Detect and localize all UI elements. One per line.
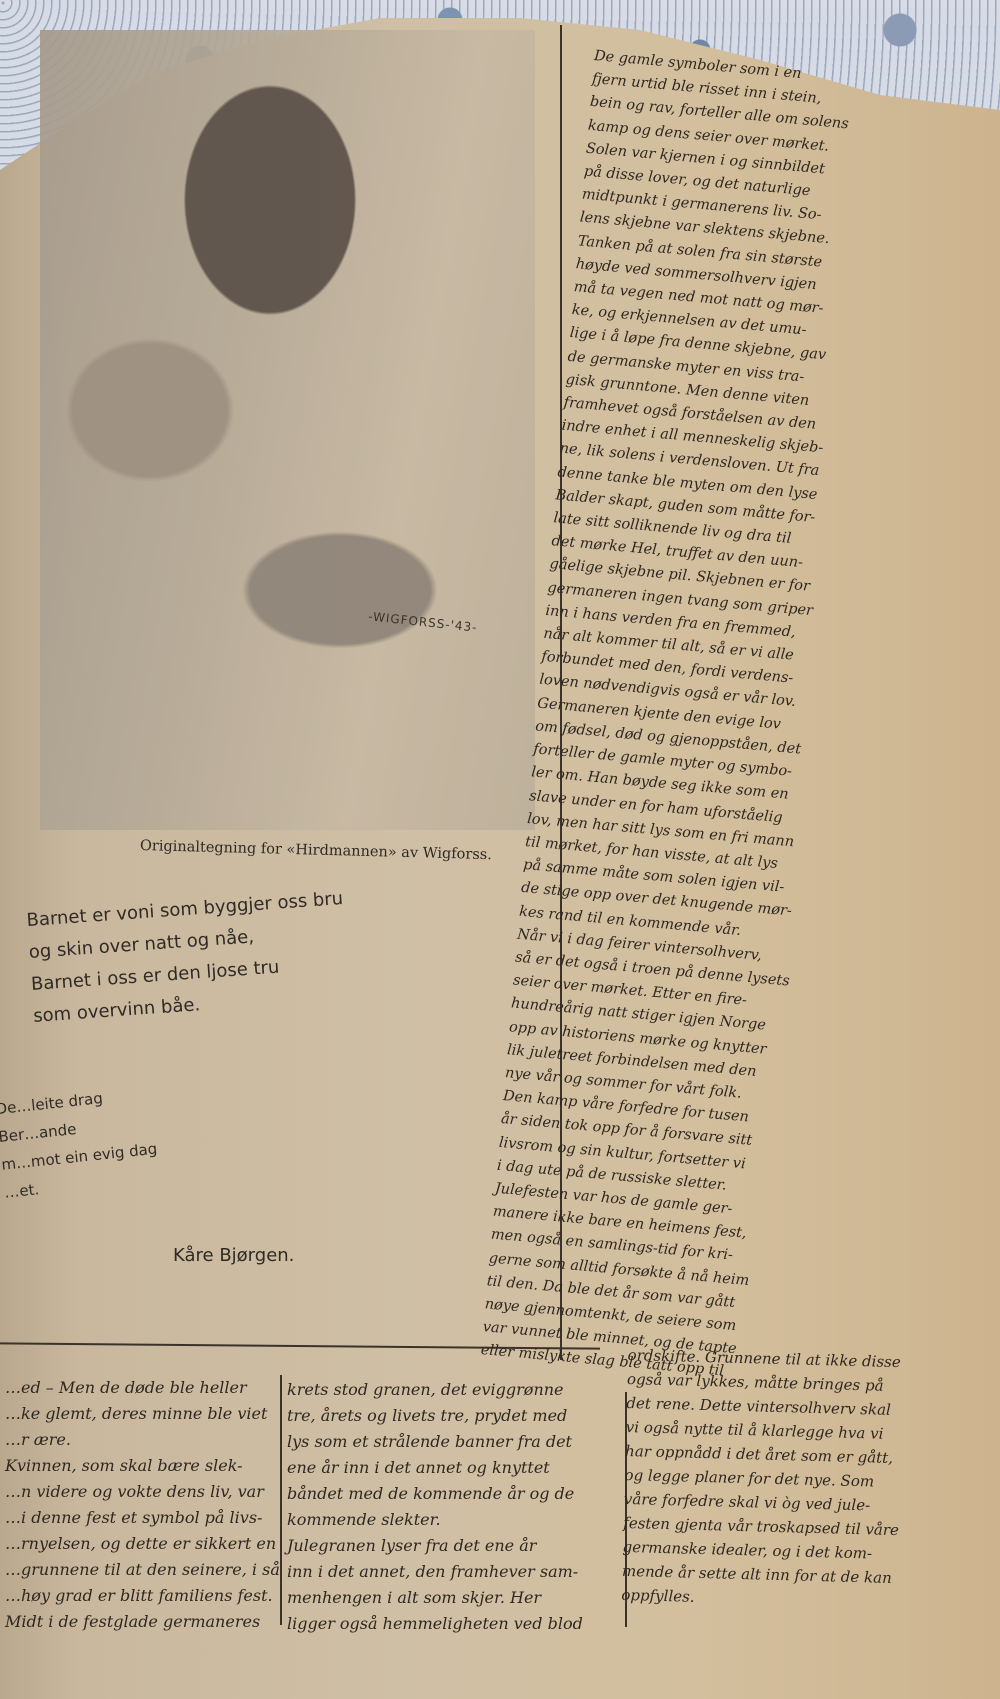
article-column-bottom-right: ordskifte. Grunnene til at ikke disseogs… (621, 1343, 904, 1614)
article-line: ligger også hemmeligheten ved blod (287, 1611, 583, 1637)
column-rule-bottom-1 (280, 1375, 282, 1625)
article-column-bottom-left: …ed – Men de døde ble heller…ke glemt, d… (5, 1375, 280, 1635)
article-column-bottom-middle: krets stod granen, det eviggrønnetre, år… (287, 1377, 583, 1637)
article-line: Kvinnen, som skal bære slek- (5, 1453, 280, 1479)
poem-author: Kåre Bjørgen. (173, 1245, 294, 1266)
article-line: lys som et strålende banner fra det (287, 1429, 583, 1455)
article-line: …grunnene til at den seinere, i så (5, 1557, 280, 1583)
article-line: …ke glemt, deres minne ble viet (5, 1401, 280, 1427)
poem-stanza-1: Barnet er voni som byggjer oss bru og sk… (26, 883, 351, 1033)
article-line: kommende slekter. (287, 1507, 583, 1533)
article-line: tre, årets og livets tre, prydet med (287, 1403, 583, 1429)
article-line: …i denne fest et symbol på livs- (5, 1505, 280, 1531)
article-line: krets stod granen, det eviggrønne (287, 1377, 583, 1403)
article-line: ene år inn i det annet og knyttet (287, 1455, 583, 1481)
article-line: Julegranen lyser fra det ene år (287, 1533, 583, 1559)
poem-stanza-2: De…leite drag Ber…ande m…mot ein evig da… (0, 1079, 162, 1207)
article-line: …ed – Men de døde ble heller (5, 1375, 280, 1401)
article-line: inn i det annet, den framhever sam- (287, 1559, 583, 1585)
article-line: …høy grad er blitt familiens fest. (5, 1583, 280, 1609)
article-line: …n videre og vokte dens liv, var (5, 1479, 280, 1505)
article-line: …r ære. (5, 1427, 280, 1453)
article-line: båndet med de kommende år og de (287, 1481, 583, 1507)
article-line: Midt i de festglade germaneres (5, 1609, 280, 1635)
illustration-drawing (40, 30, 535, 830)
article-line: menhengen i alt som skjer. Her (287, 1585, 583, 1611)
article-line: …rnyelsen, og dette er sikkert en (5, 1531, 280, 1557)
